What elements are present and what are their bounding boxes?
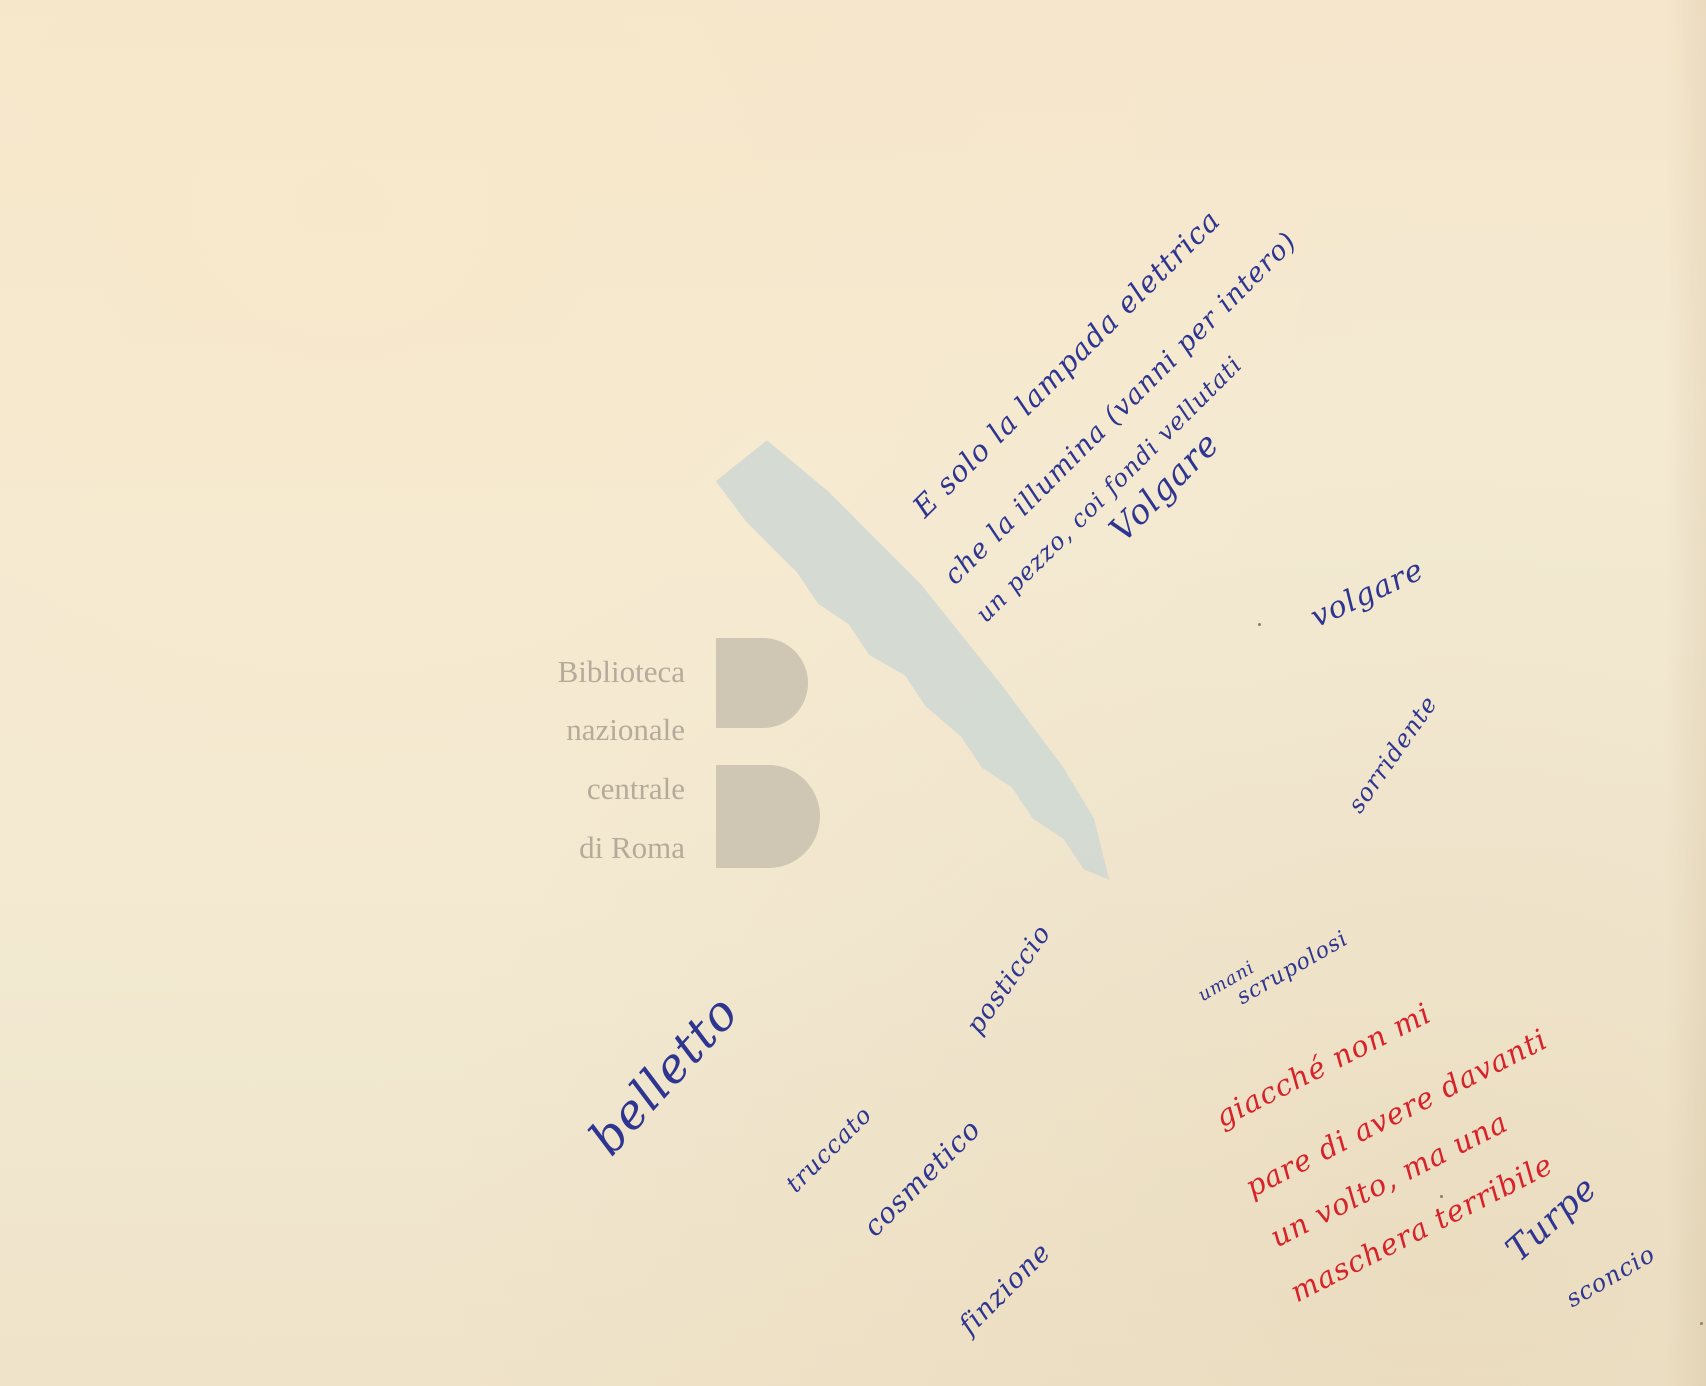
note-word-volgare: volgare: [1305, 552, 1429, 635]
watermark-line-2: nazionale: [470, 714, 685, 745]
watermark-logo-lower-bowl: [716, 765, 820, 868]
paper-speck: [1440, 1195, 1443, 1198]
note-word-truccato: truccato: [780, 1101, 877, 1198]
note-word-sconcio: sconcio: [1561, 1240, 1660, 1313]
watermark-line-4: di Roma: [470, 832, 685, 863]
note-word-finzione: finzione: [953, 1237, 1057, 1341]
paper-speck: [1258, 623, 1261, 626]
watermark-logo-upper-bowl: [716, 638, 808, 728]
paper-speck: [1700, 1322, 1703, 1325]
manuscript-page: Biblioteca nazionale centrale di Roma E …: [0, 0, 1706, 1386]
note-word-posticcio: posticcio: [960, 919, 1057, 1040]
note-word-sorridente: sorridente: [1342, 690, 1443, 818]
note-word-belletto: belletto: [578, 985, 749, 1166]
watermark-line-3: centrale: [470, 773, 685, 804]
watermark-line-1: Biblioteca: [470, 656, 685, 687]
note-word-cosmetico: cosmetico: [857, 1112, 988, 1243]
